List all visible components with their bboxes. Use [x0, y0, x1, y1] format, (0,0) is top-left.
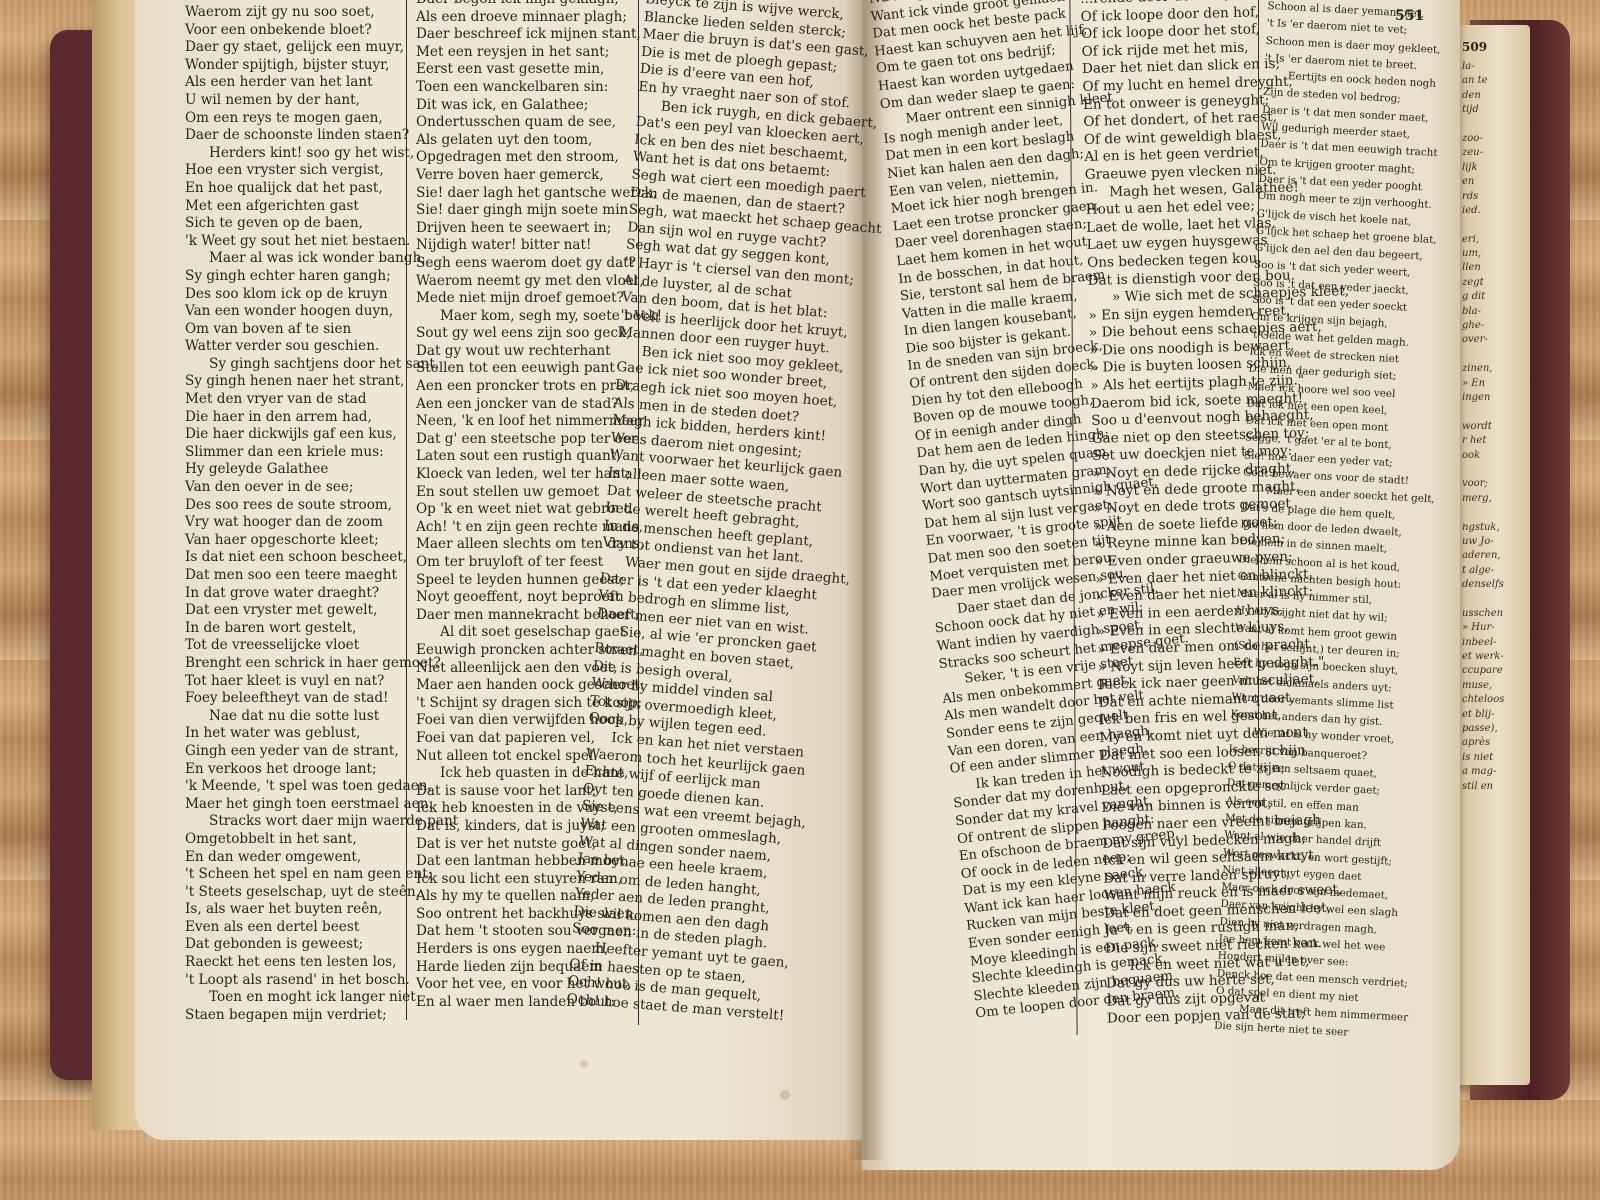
poem-line: Sie! daer lagh het gantsche werck; [416, 185, 662, 203]
fragment-line: ingen [1462, 391, 1504, 405]
fragment-line: ccupare [1462, 664, 1504, 678]
fragment-line: stil en [1462, 780, 1504, 794]
poem-line: Verre boven haer gemerck, [416, 167, 662, 185]
fragment-line: eri, [1462, 233, 1504, 247]
poem-line: Daer begon ick mijn geklagh, [416, 0, 662, 9]
paper-stain [780, 1090, 790, 1100]
fragment-line: den [1462, 89, 1504, 103]
fragment-line: um, [1462, 247, 1504, 261]
poem-line: Daer beschreef ick mijnen stant, [416, 26, 662, 44]
fragment-line: voor; [1462, 477, 1504, 491]
fragment-line [1462, 463, 1504, 477]
fragment-line: usschen [1462, 607, 1504, 621]
fragment-line: g dit [1462, 290, 1504, 304]
poem-line: Sie! daer gingh mijn soete min [416, 202, 662, 220]
fragment-line: rds [1462, 190, 1504, 204]
fragment-line [1462, 405, 1504, 419]
fragment-line: merg, [1462, 492, 1504, 506]
poem-line: Drijven heen te seewaert in; [416, 220, 662, 238]
fragment-line [1462, 218, 1504, 232]
fragment-line: passe), [1462, 722, 1504, 736]
fragment-line: ghe- [1462, 319, 1504, 333]
fragment-line: ook [1462, 449, 1504, 463]
fragment-line: llen [1462, 261, 1504, 275]
fragment-line: muse, [1462, 679, 1504, 693]
loose-page-text-fragments: la-an tedentijdzoo-zeu-lijkenrdsied.eri,… [1462, 60, 1504, 794]
poem-line: Ondertusschen quam de see, [416, 114, 662, 132]
fragment-line: wordt [1462, 420, 1504, 434]
fragment-line: uw Jo- [1462, 535, 1504, 549]
fragment-line [1462, 118, 1504, 132]
fragment-line: après [1462, 736, 1504, 750]
page-number-loose: 509 [1462, 40, 1487, 54]
fragment-line: ied. [1462, 204, 1504, 218]
fragment-line [1462, 506, 1504, 520]
fragment-line: » En [1462, 377, 1504, 391]
fragment-line: zegt [1462, 276, 1504, 290]
paper-stain [580, 1060, 588, 1068]
fragment-line: a mag- [1462, 765, 1504, 779]
fragment-line: zeu- [1462, 146, 1504, 160]
poem-line: Opgedragen met den stroom, [416, 149, 662, 167]
fragment-line: chteloos [1462, 693, 1504, 707]
fragment-line: an te [1462, 74, 1504, 88]
fragment-line: et blij- [1462, 708, 1504, 722]
fragment-line: en [1462, 175, 1504, 189]
fragment-line: r het [1462, 434, 1504, 448]
poem-line: Als een droeve minnaer plagh; [416, 9, 662, 27]
fragment-line: zinen, [1462, 362, 1504, 376]
fragment-line [1462, 348, 1504, 362]
poem-line: Met een reysjen in het sant; [416, 44, 662, 62]
fragment-line: bla- [1462, 305, 1504, 319]
fragment-line: zoo- [1462, 132, 1504, 146]
page-number-right: 551 [1395, 8, 1424, 24]
fragment-line: la- [1462, 60, 1504, 74]
fragment-line: inbeel- [1462, 636, 1504, 650]
fragment-line: » Hur- [1462, 621, 1504, 635]
fragment-line: t alge- [1462, 564, 1504, 578]
poem-line: Als gelaten uyt den toom, [416, 132, 662, 150]
poem-line: Toen een wanckelbaren sin: [416, 79, 662, 97]
poem-line: Dit was ick, en Galathee; [416, 97, 662, 115]
fragment-line: ngstuk, [1462, 521, 1504, 535]
fragment-line: et werk- [1462, 650, 1504, 664]
fragment-line: lijk [1462, 161, 1504, 175]
fragment-line: denselfs [1462, 578, 1504, 592]
fragment-line: over- [1462, 333, 1504, 347]
fragment-line: tijd [1462, 103, 1504, 117]
poem-line: Eerst een vast gesette min, [416, 61, 662, 79]
fragment-line: is niet [1462, 751, 1504, 765]
fragment-line [1462, 592, 1504, 606]
fragment-line: aderen, [1462, 549, 1504, 563]
